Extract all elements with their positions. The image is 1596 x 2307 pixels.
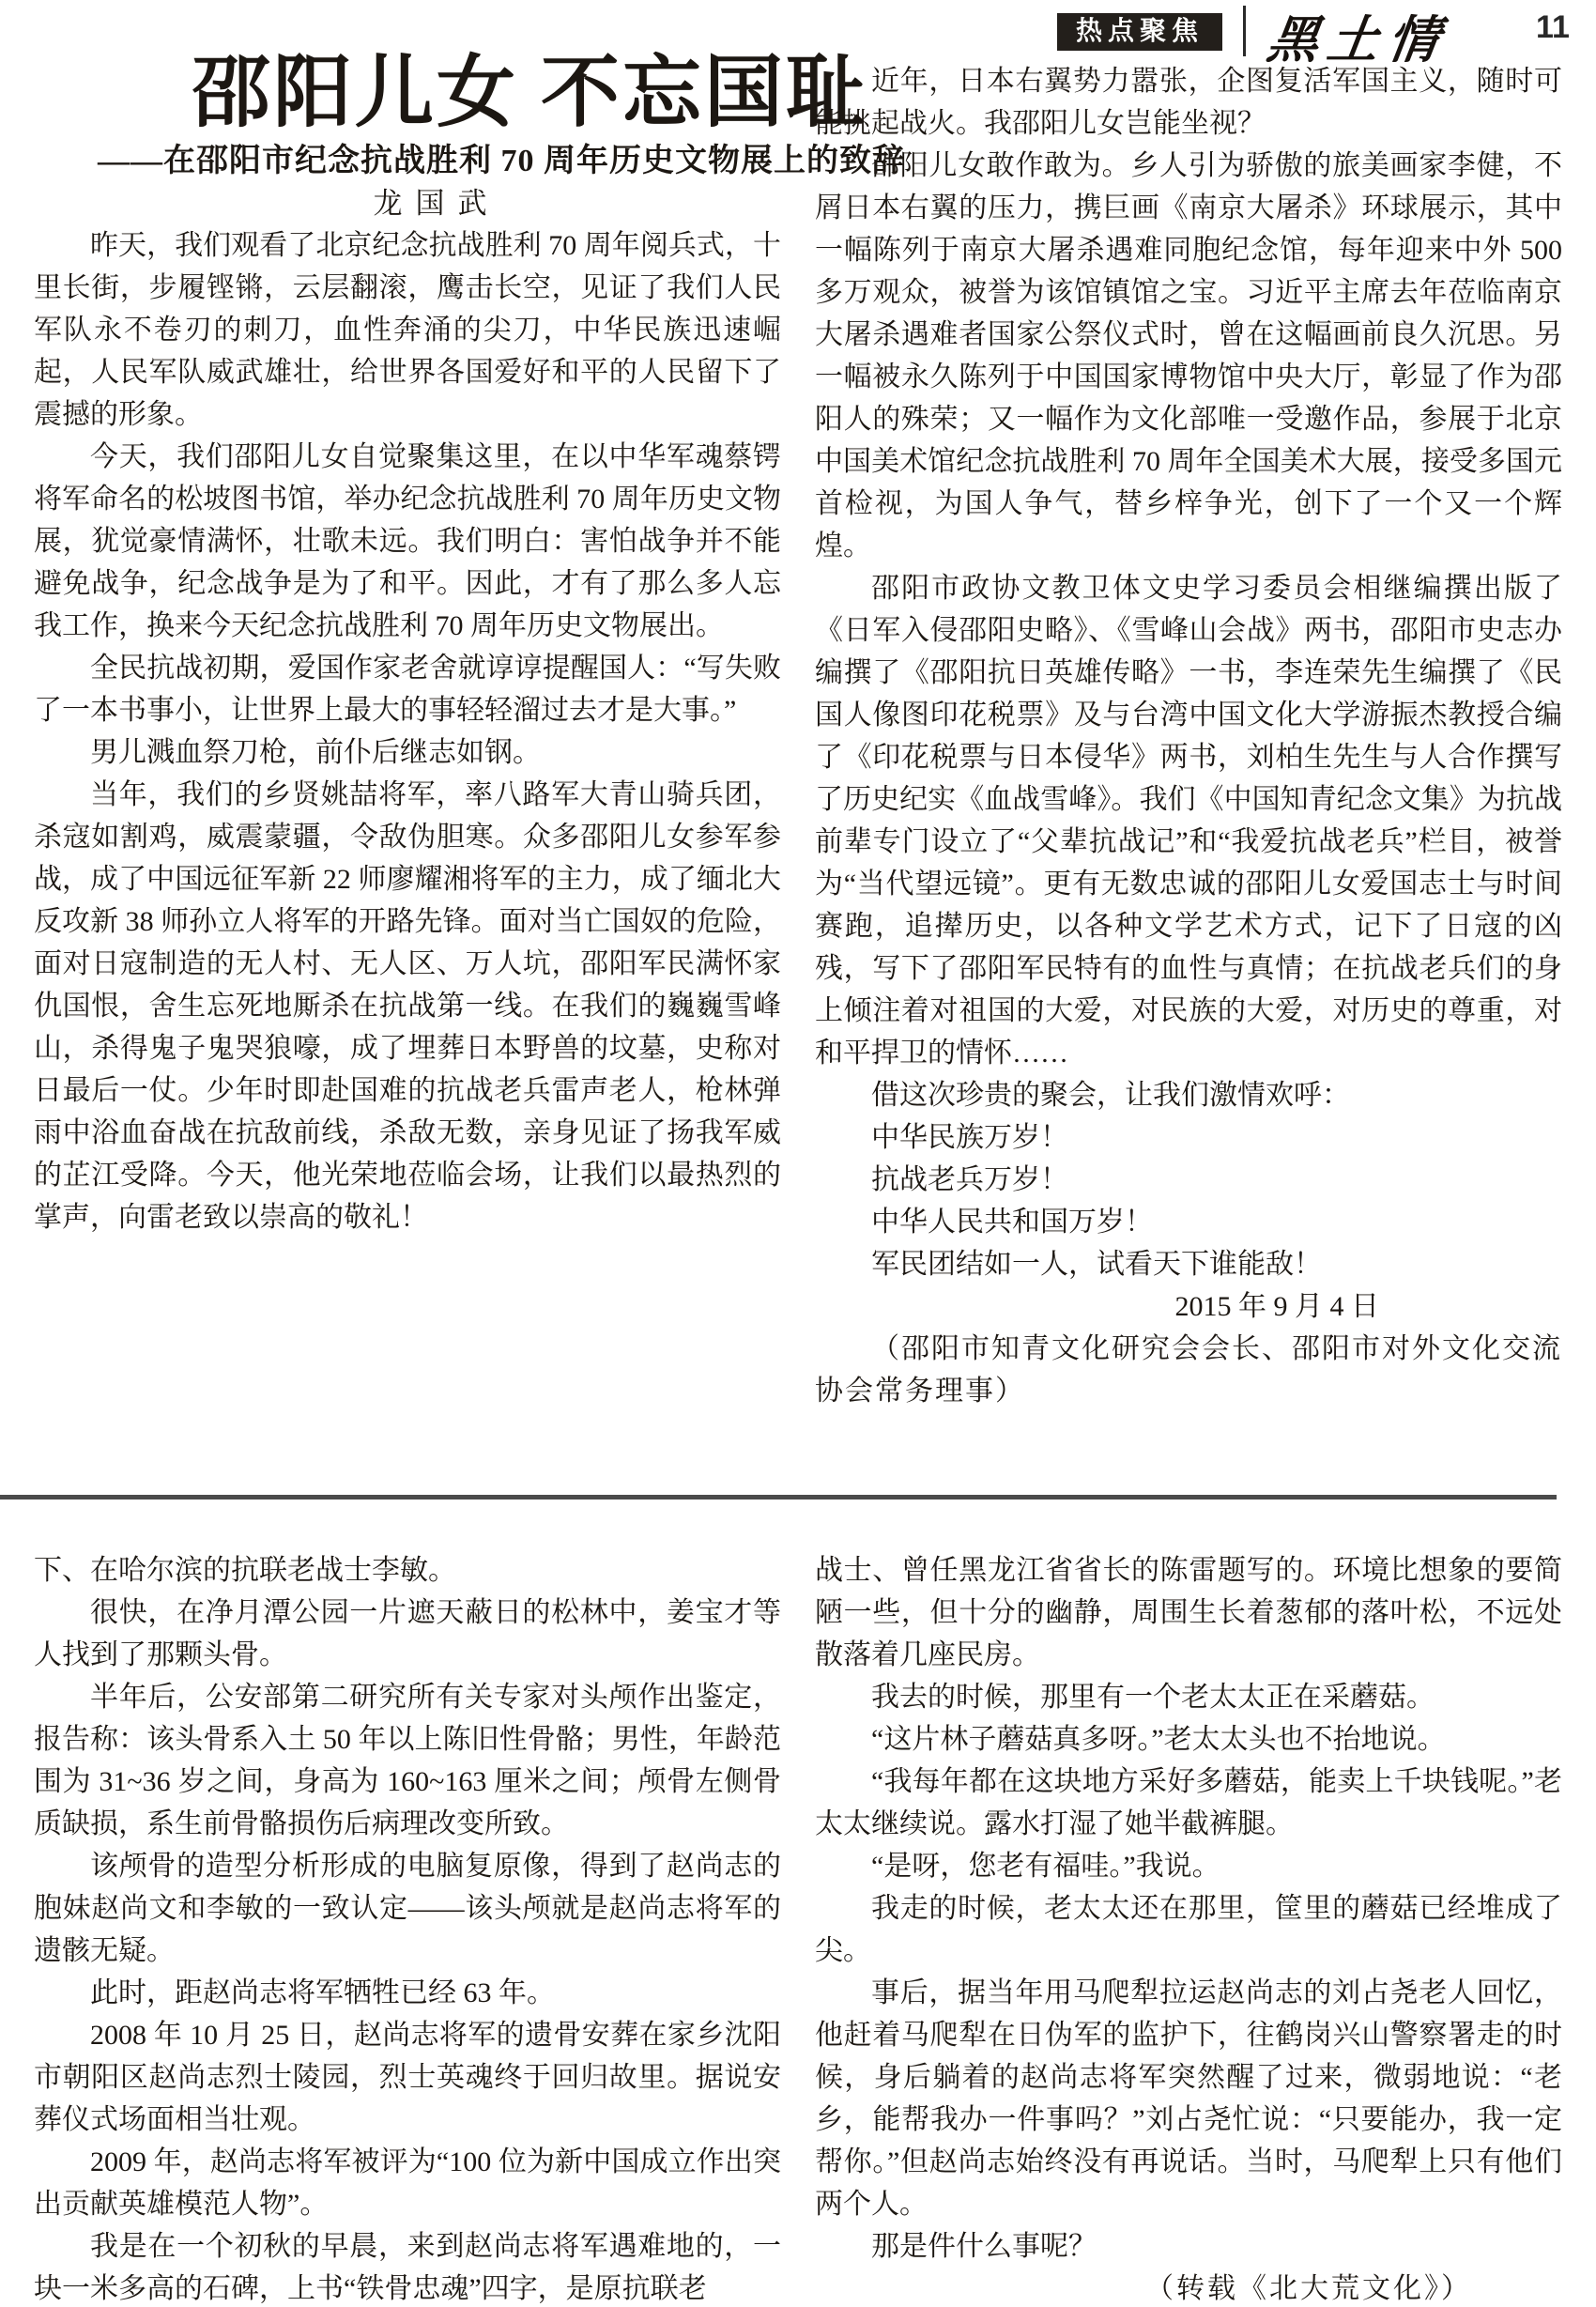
magazine-page: { "colors": {"badge_bg": "#231f1b", "tex…: [0, 0, 1596, 2307]
paragraph: 昨天，我们观看了北京纪念抗战胜利 70 周年阅兵式，十里长街，步履铿锵，云层翻滚…: [34, 224, 781, 436]
paragraph: “我每年都在这块地方采好多蘑菇，能卖上千块钱呢。”老太太继续说。露水打湿了她半截…: [815, 1761, 1562, 1845]
slogan-line: 中华民族万岁！: [815, 1116, 1562, 1159]
slogan-line: 抗战老兵万岁！: [815, 1159, 1562, 1201]
paragraph: 那是件什么事呢？: [815, 2225, 1562, 2268]
magazine-masthead: 黑土情: [1266, 0, 1527, 60]
source-note: （转载《北大荒文化》）: [815, 2268, 1562, 2307]
paragraph: 该颅骨的造型分析形成的电脑复原像，得到了赵尚志的胞妹赵尚文和李敏的一致认定——该…: [34, 1845, 781, 1972]
section-badge: 热点聚焦: [1057, 13, 1222, 51]
paragraph: 半年后，公安部第二研究所有关专家对头颅作出鉴定，报告称：该头骨系入土 50 年以…: [34, 1676, 781, 1845]
paragraph: 当年，我们的乡贤姚喆将军，率八路军大青山骑兵团，杀寇如割鸡，威震蒙疆，令敌伪胆寒…: [34, 774, 781, 1238]
paragraph: 邵阳儿女敢作敢为。乡人引为骄傲的旅美画家李健，不屑日本右翼的压力，携巨画《南京大…: [815, 145, 1562, 567]
paragraph: 男儿溅血祭刀枪，前仆后继志如钢。: [34, 731, 781, 774]
paragraph: “是呀，您老有福哇。”我说。: [815, 1845, 1562, 1887]
article-subtitle: ——在邵阳市纪念抗战胜利 70 周年历史文物展上的致辞: [34, 140, 781, 182]
paragraph: 借这次珍贵的聚会，让我们激情欢呼：: [815, 1074, 1562, 1116]
paragraph-continued: 下、在哈尔滨的抗联老战士李敏。: [34, 1549, 781, 1592]
article1-left-column: 邵阳儿女 不忘国耻 ——在邵阳市纪念抗战胜利 70 周年历史文物展上的致辞 龙国…: [34, 49, 781, 1476]
article-author: 龙国武: [34, 182, 781, 224]
paragraph: 今天，我们邵阳儿女自觉聚集这里，在以中华军魂蔡锷将军命名的松坡图书馆，举办纪念抗…: [34, 436, 781, 647]
article2-right-column: 战士、曾任黑龙江省省长的陈雷题写的。环境比想象的要简陋一些，但十分的幽静，周围生…: [815, 1549, 1562, 2291]
article1-right-column: 近年，日本右翼势力嚣张，企图复活军国主义，随时可能挑起战火。我邵阳儿女岂能坐视？…: [815, 60, 1562, 1478]
author-note: （邵阳市知青文化研究会会长、邵阳市对外文化交流协会常务理事）: [815, 1328, 1562, 1412]
paragraph: 2008 年 10 月 25 日，赵尚志将军的遗骨安葬在家乡沈阳市朝阳区赵尚志烈…: [34, 2014, 781, 2141]
paragraph: 很快，在净月潭公园一片遮天蔽日的松林中，姜宝才等人找到了那颗头骨。: [34, 1592, 781, 1676]
article2-left-column: 下、在哈尔滨的抗联老战士李敏。 很快，在净月潭公园一片遮天蔽日的松林中，姜宝才等…: [34, 1549, 781, 2291]
paragraph: 我去的时候，那里有一个老太太正在采蘑菇。: [815, 1676, 1562, 1718]
slogan-line: 中华人民共和国万岁！: [815, 1201, 1562, 1243]
paragraph: 我走的时候，老太太还在那里，筐里的蘑菇已经堆成了尖。: [815, 1887, 1562, 1972]
paragraph: 我是在一个初秋的早晨，来到赵尚志将军遇难地的，一块一米多高的石碑，上书“铁骨忠魂…: [34, 2225, 781, 2307]
paragraph: 全民抗战初期，爱国作家老舍就谆谆提醒国人：“写失败了一本书事小，让世界上最大的事…: [34, 647, 781, 731]
header-divider: [1243, 6, 1246, 56]
paragraph: 邵阳市政协文教卫体文史学习委员会相继编撰出版了《日军入侵邵阳史略》、《雪峰山会战…: [815, 567, 1562, 1074]
page-number: 11: [1536, 9, 1570, 46]
paragraph: 2009 年，赵尚志将军被评为“100 位为新中国成立作出突出贡献英雄模范人物”…: [34, 2141, 781, 2225]
paragraph-continued: 战士、曾任黑龙江省省长的陈雷题写的。环境比想象的要简陋一些，但十分的幽静，周围生…: [815, 1549, 1562, 1676]
article-title: 邵阳儿女 不忘国耻: [34, 49, 781, 140]
section-divider-rule: [0, 1495, 1557, 1500]
slogan-line: 军民团结如一人，试看天下谁能敌！: [815, 1243, 1562, 1285]
paragraph: 近年，日本右翼势力嚣张，企图复活军国主义，随时可能挑起战火。我邵阳儿女岂能坐视？: [815, 60, 1562, 145]
paragraph: “这片林子蘑菇真多呀。”老太太头也不抬地说。: [815, 1718, 1562, 1761]
paragraph: 此时，距赵尚志将军牺牲已经 63 年。: [34, 1972, 781, 2014]
date-line: 2015 年 9 月 4 日: [815, 1285, 1562, 1328]
paragraph: 事后，据当年用马爬犁拉运赵尚志的刘占尧老人回忆，他赶着马爬犁在日伪军的监护下，往…: [815, 1972, 1562, 2225]
